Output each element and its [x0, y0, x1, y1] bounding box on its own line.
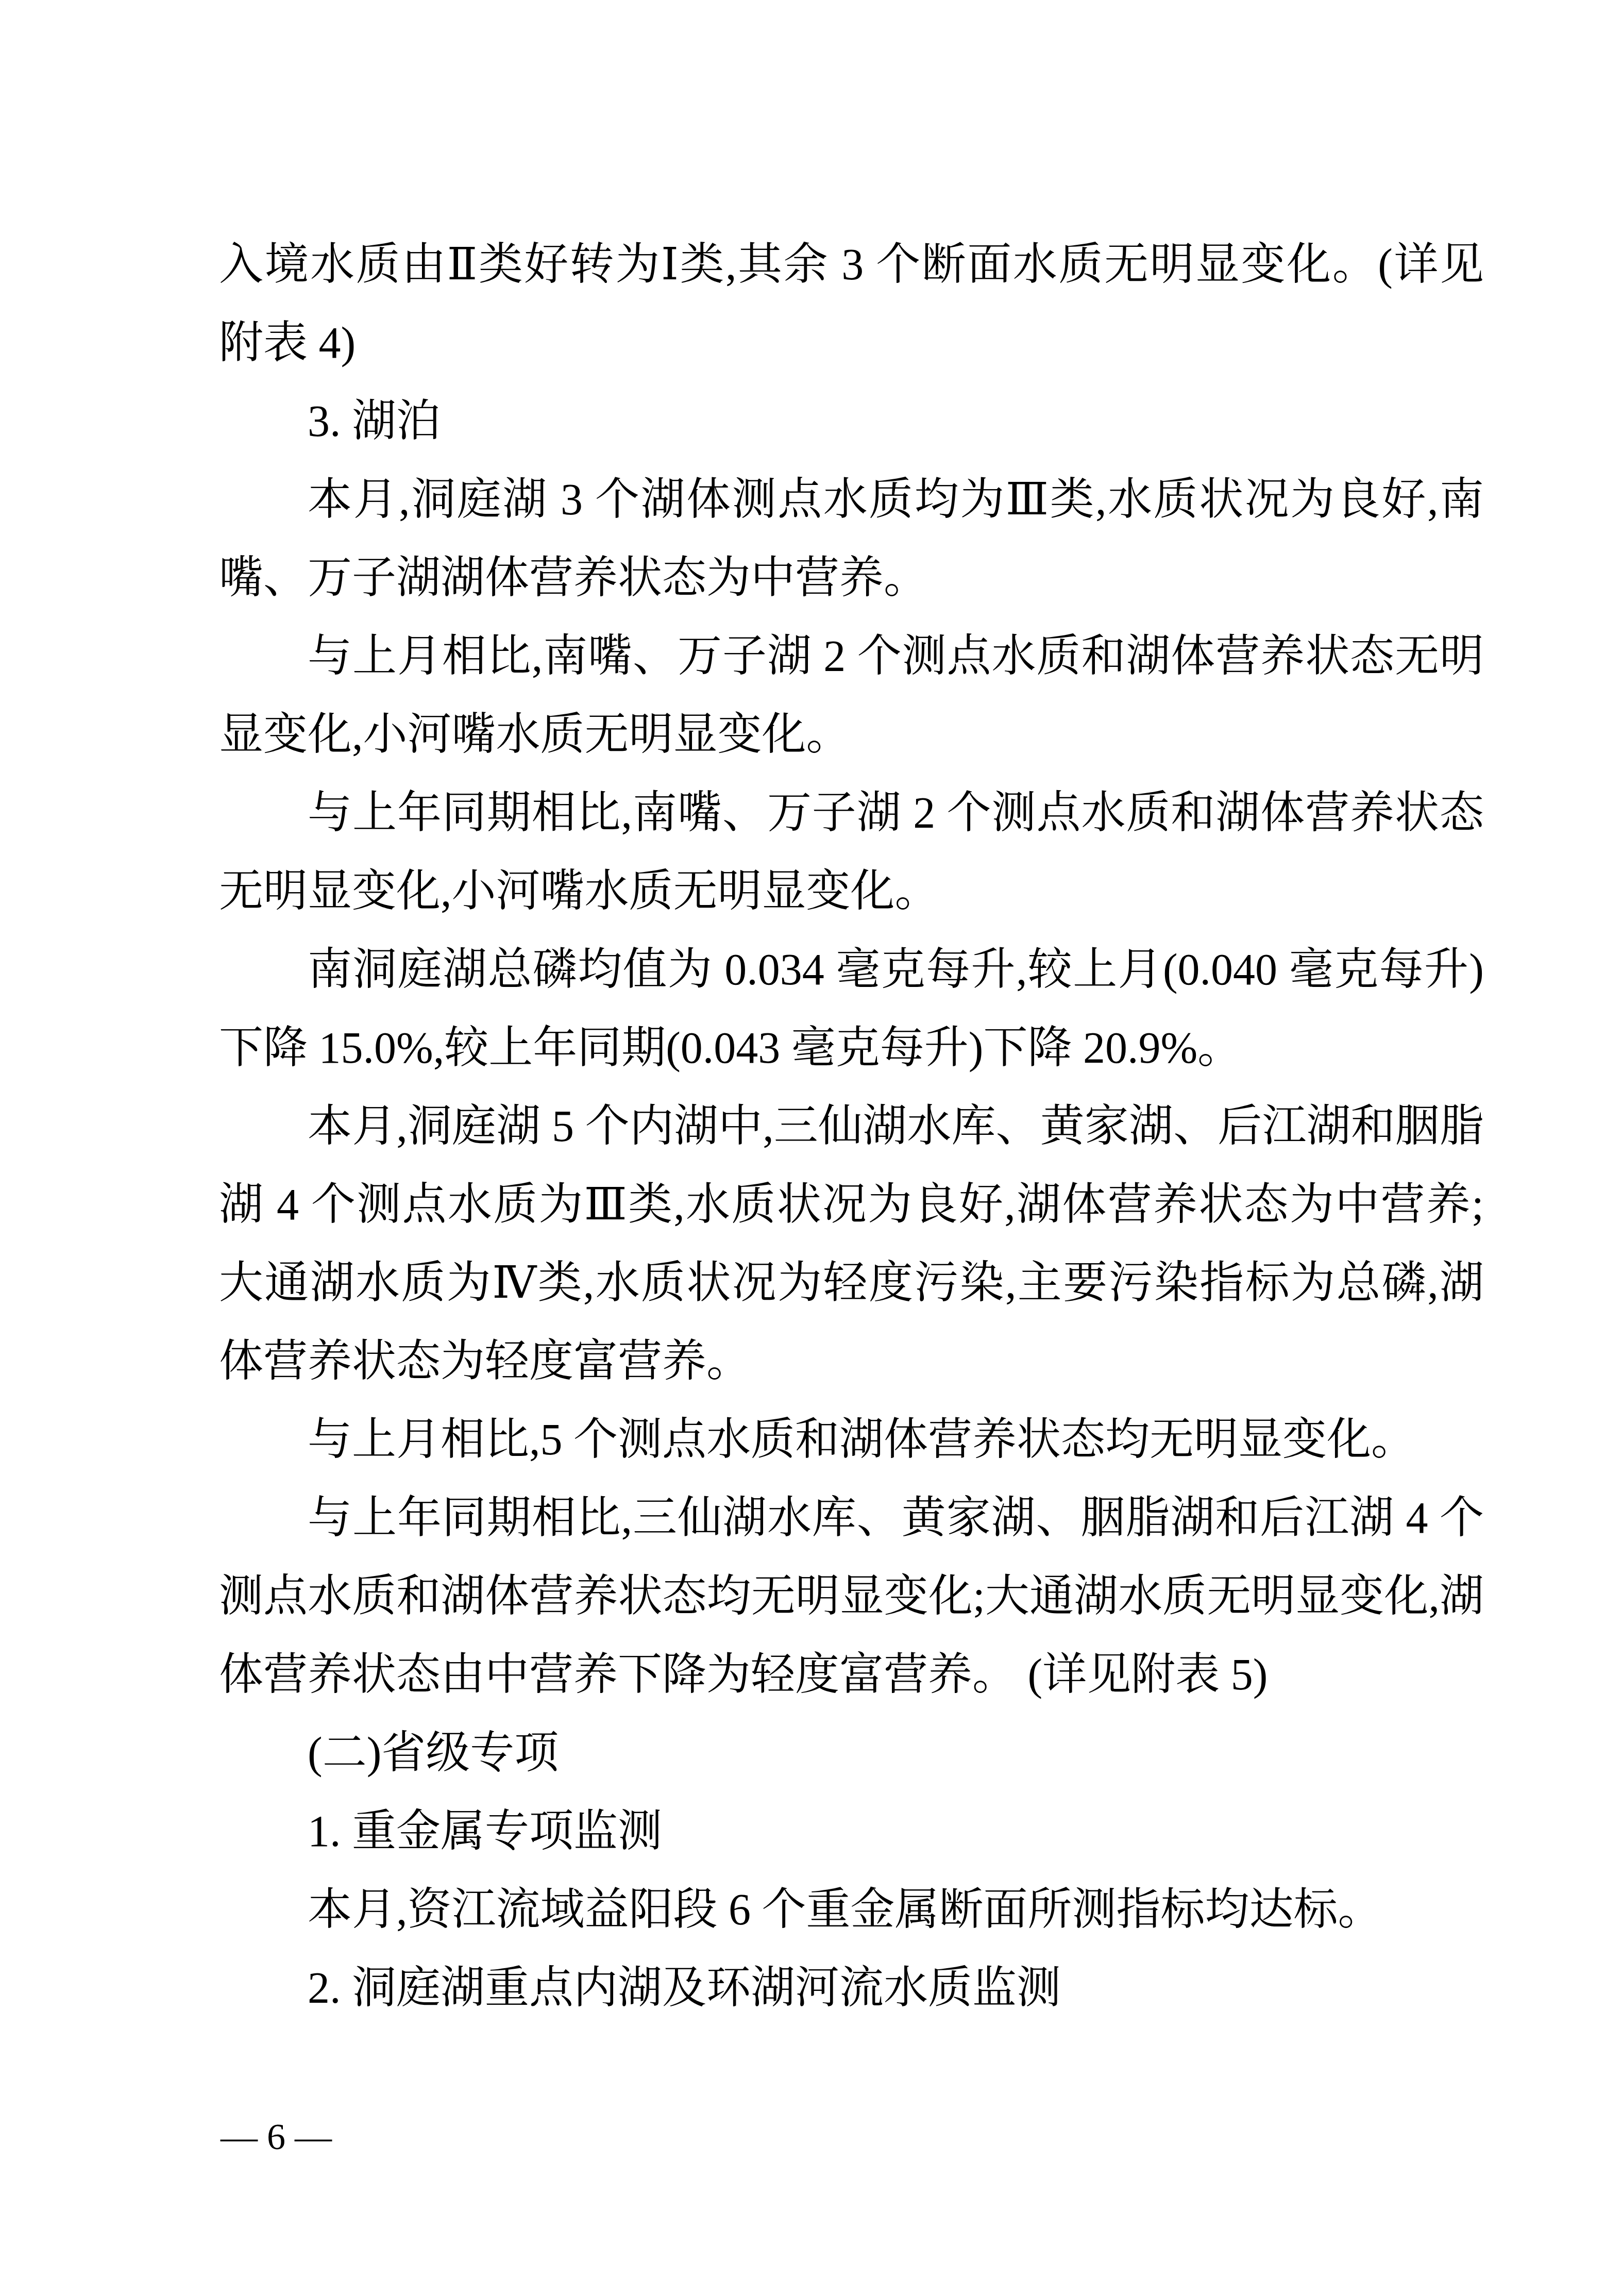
- paragraph-south-dongting-phosphorus: 南洞庭湖总磷均值为 0.034 毫克每升,较上月(0.040 毫克每升)下降 1…: [219, 930, 1484, 1087]
- heading-dongting-key-inner-lakes-monitoring: 2. 洞庭湖重点内湖及环湖河流水质监测: [219, 1949, 1484, 2027]
- paragraph-zijiang-heavy-metal-result: 本月,资江流域益阳段 6 个重金属断面所测指标均达标。: [219, 1870, 1484, 1949]
- paragraph-vs-last-year-lakes: 与上年同期相比,南嘴、万子湖 2 个测点水质和湖体营养状态无明显变化,小河嘴水质…: [219, 774, 1484, 930]
- page-content: 入境水质由Ⅱ类好转为Ⅰ类,其余 3 个断面水质无明显变化。(详见附表 4) 3.…: [219, 225, 1484, 2027]
- heading-lakes: 3. 湖泊: [219, 382, 1484, 460]
- section-heading-provincial-special: (二)省级专项: [219, 1714, 1484, 1792]
- heading-heavy-metal-monitoring: 1. 重金属专项监测: [219, 1792, 1484, 1870]
- document-page: 入境水质由Ⅱ类好转为Ⅰ类,其余 3 个断面水质无明显变化。(详见附表 4) 3.…: [0, 0, 1622, 2296]
- paragraph-vs-last-month-lakes: 与上月相比,南嘴、万子湖 2 个测点水质和湖体营养状态无明显变化,小河嘴水质无明…: [219, 617, 1484, 774]
- page-number: — 6 —: [221, 2113, 332, 2160]
- paragraph-dongting-lake-monthly: 本月,洞庭湖 3 个湖体测点水质均为Ⅲ类,水质状况为良好,南嘴、万子湖湖体营养状…: [219, 460, 1484, 617]
- paragraph-inner-lakes-vs-last-year: 与上年同期相比,三仙湖水库、黄家湖、胭脂湖和后江湖 4 个测点水质和湖体营养状态…: [219, 1479, 1484, 1714]
- paragraph-inner-lakes-vs-last-month: 与上月相比,5 个测点水质和湖体营养状态均无明显变化。: [219, 1400, 1484, 1479]
- paragraph-continuation-water-quality: 入境水质由Ⅱ类好转为Ⅰ类,其余 3 个断面水质无明显变化。(详见附表 4): [219, 225, 1484, 382]
- paragraph-inner-lakes-monthly: 本月,洞庭湖 5 个内湖中,三仙湖水库、黄家湖、后江湖和胭脂湖 4 个测点水质为…: [219, 1087, 1484, 1400]
